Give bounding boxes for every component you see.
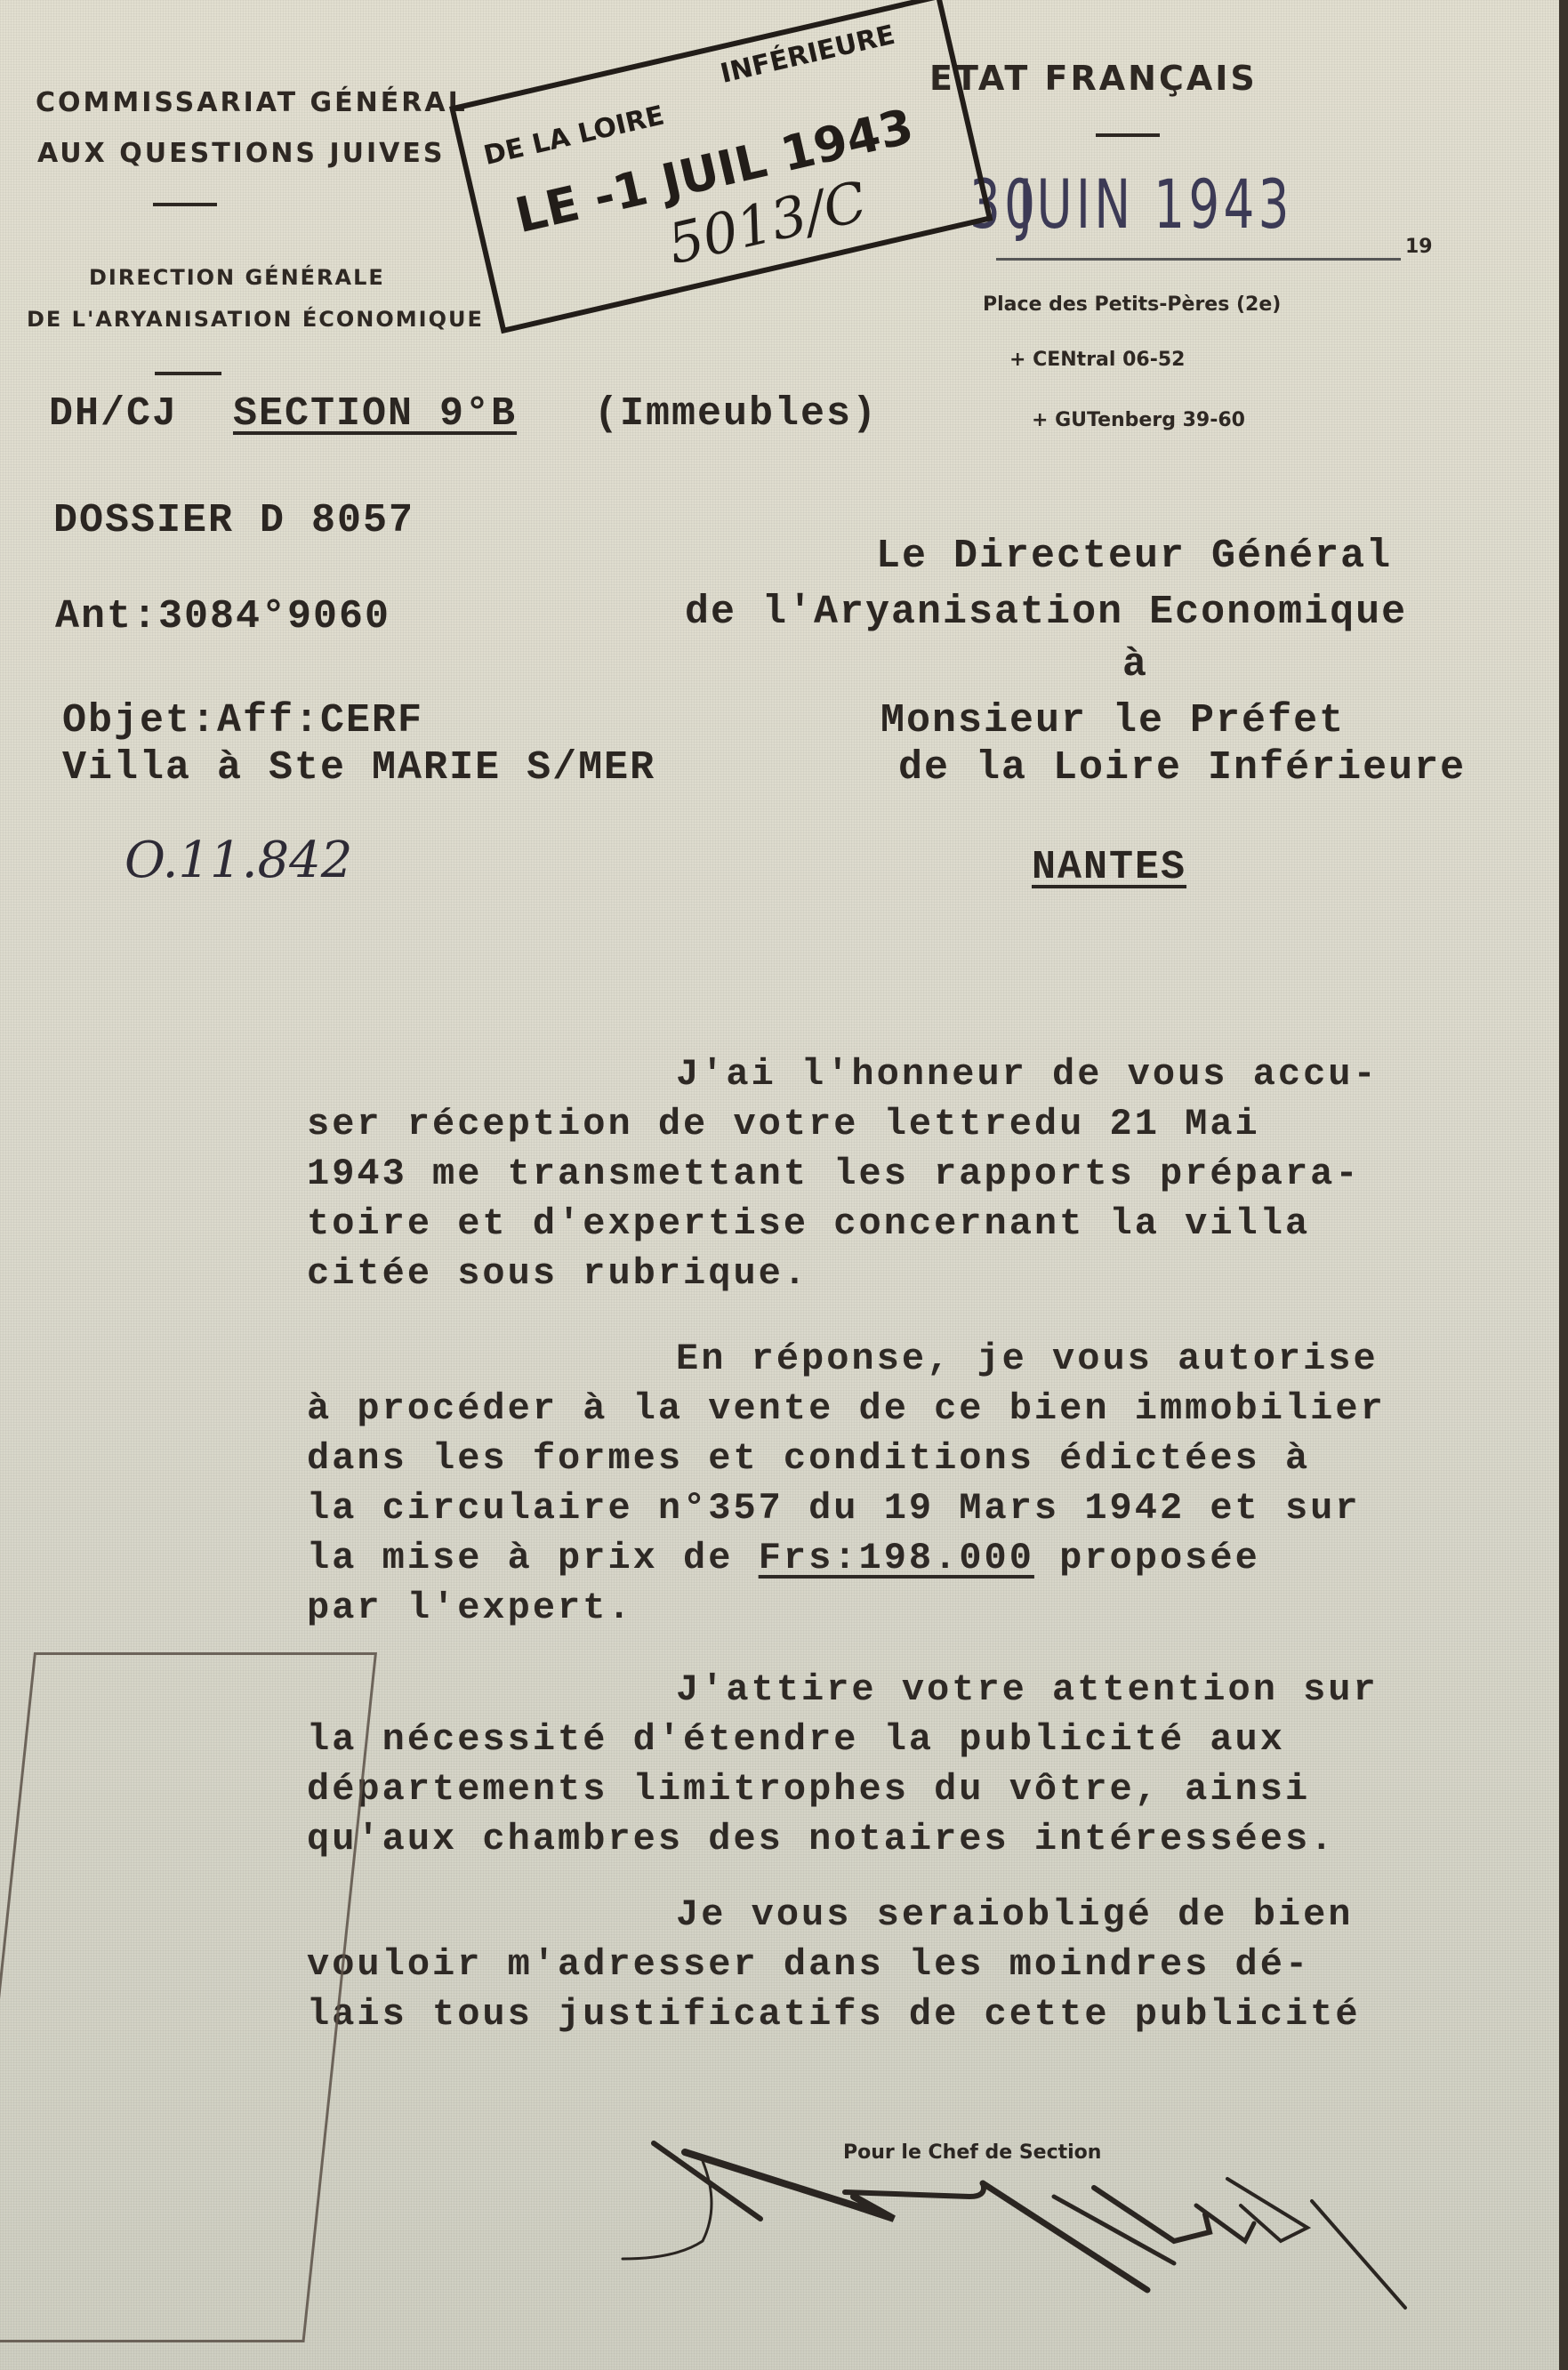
body-line: départements limitrophes du vôtre, ainsi — [307, 1764, 1310, 1814]
sender-organisation: de l'Aryanisation Economique — [685, 590, 1407, 635]
body-line: En réponse, je vous autorise — [676, 1334, 1379, 1384]
body-line: la nécessité d'étendre la publicité aux — [307, 1715, 1285, 1764]
letterhead-phone-central: + CENtral 06-52 — [1009, 349, 1185, 371]
page-edge — [1559, 0, 1568, 2370]
date-year-suffix: 19 — [1405, 236, 1433, 258]
handwritten-reference: O.11.842 — [125, 832, 352, 889]
addressee-preposition: à — [1122, 642, 1148, 687]
divider — [155, 372, 221, 375]
body-line: dans les formes et conditions édictées à — [307, 1434, 1310, 1483]
body-line: J'ai l'honneur de vous accu- — [676, 1049, 1379, 1099]
divider — [1096, 133, 1160, 137]
price-figure: Frs:198.000 — [759, 1537, 1034, 1579]
addressee-city: NANTES — [1032, 845, 1186, 890]
body-line: citée sous rubrique. — [307, 1249, 808, 1298]
letterhead-questions-juives: AUX QUESTIONS JUIVES — [37, 138, 445, 169]
body-line: lais tous justificatifs de cette publici… — [307, 1989, 1361, 2039]
letterhead-etat-francais: ETAT FRANÇAIS — [929, 59, 1258, 98]
objet-villa: Villa à Ste MARIE S/MER — [62, 745, 655, 791]
ant-reference: Ant:3084°9060 — [55, 594, 390, 639]
objet-line: Objet:Aff:CERF — [62, 698, 423, 743]
addressee-title: Monsieur le Préfet — [880, 698, 1345, 743]
body-line: toire et d'expertise concernant la villa — [307, 1199, 1310, 1249]
body-line: Je vous seraiobligé de bien — [676, 1890, 1354, 1940]
letterhead-address: Place des Petits-Pères (2e) — [983, 293, 1281, 316]
reference-initials: DH/CJ — [49, 391, 178, 437]
body-line: à procéder à la vente de ce bien immobil… — [307, 1384, 1386, 1434]
body-line: 1943 me transmettant les rapports prépar… — [307, 1149, 1361, 1199]
signature-title: Pour le Chef de Section — [843, 2141, 1101, 2164]
addressee-department: de la Loire Inférieure — [898, 745, 1466, 791]
body-line: la mise à prix de Frs:198.000 proposée — [307, 1533, 1260, 1583]
date-line — [996, 258, 1401, 261]
letterhead-phone-gutenberg: + GUTenberg 39-60 — [1032, 409, 1245, 431]
body-line: vouloir m'adresser dans les moindres dé- — [307, 1940, 1310, 1989]
letterhead-direction: DIRECTION GÉNÉRALE — [89, 265, 385, 290]
date-stamp: JUIN 1943 — [1018, 165, 1293, 244]
body-line: qu'aux chambres des notaires intéressées… — [307, 1814, 1335, 1864]
body-line: J'attire votre attention sur — [676, 1665, 1379, 1715]
reference-section: SECTION 9°B — [233, 391, 517, 437]
sender-title: Le Directeur Général — [876, 534, 1392, 579]
divider — [153, 203, 217, 206]
body-line: par l'expert. — [307, 1583, 633, 1633]
body-line: la circulaire n°357 du 19 Mars 1942 et s… — [307, 1483, 1361, 1533]
dossier-number: DOSSIER D 8057 — [53, 498, 414, 543]
reference-section-note: (Immeubles) — [594, 391, 878, 437]
letterhead-commissariat: COMMISSARIAT GÉNÉRAL — [36, 87, 468, 118]
letterhead-aryanisation: DE L'ARYANISATION ÉCONOMIQUE — [27, 307, 484, 332]
body-line: ser réception de votre lettredu 21 Mai — [307, 1099, 1260, 1149]
